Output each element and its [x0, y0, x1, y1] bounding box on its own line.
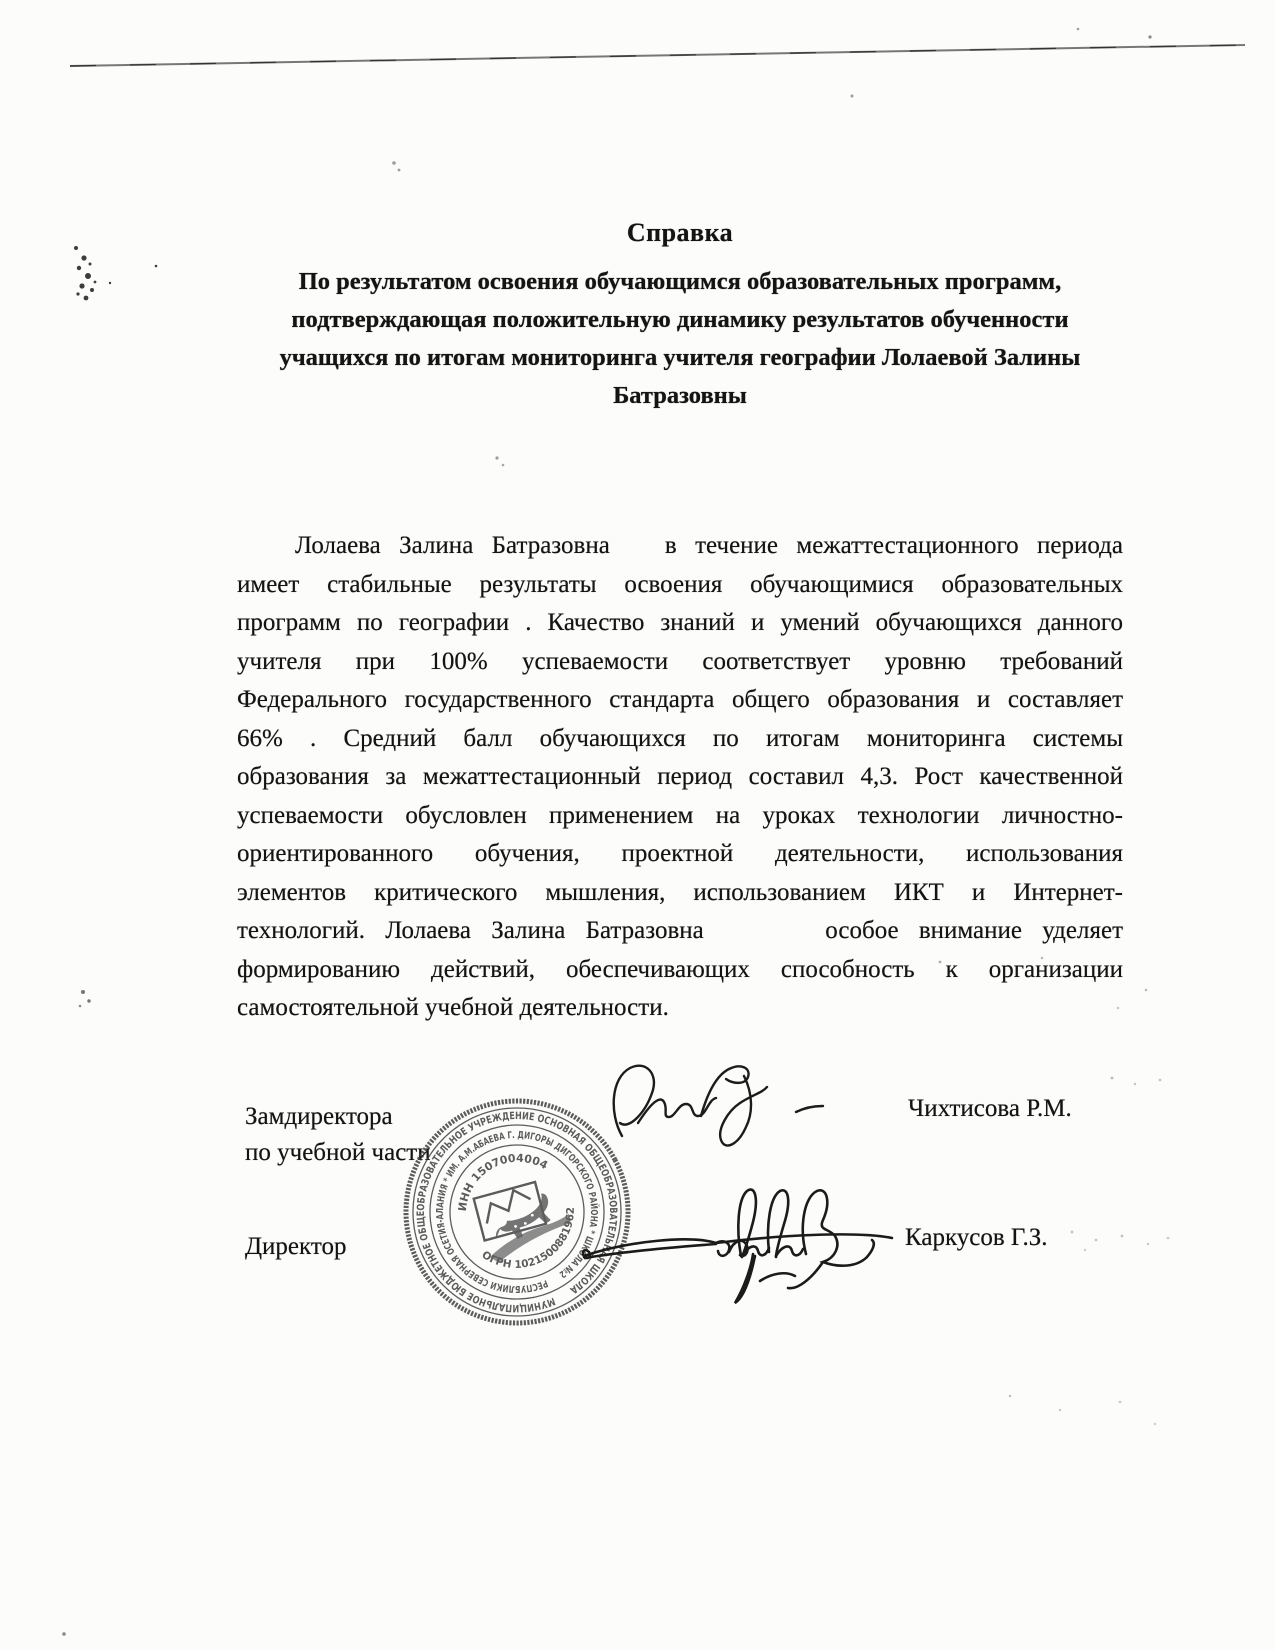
body-line: 66% . Средний балл обучающихся по итогам… [237, 720, 1123, 759]
body-line: учителя при 100% успеваемости соответств… [237, 643, 1123, 682]
body-line: Федерального государственного стандарта … [237, 681, 1123, 720]
heading-line: Батразовны [237, 377, 1123, 415]
signature-chikhtisova [614, 1066, 823, 1146]
role-deputy-director-label: Замдиректора по учебной части [245, 1099, 505, 1171]
heading-line: подтверждающая положительную динамику ре… [237, 301, 1123, 339]
body-line: имеет стабильные результаты освоения обу… [237, 566, 1123, 605]
svg-text:ОГРН 1021500881962: ОГРН 1021500881962 [477, 1202, 594, 1290]
document-body-paragraph: Лолаева Залина Батразовна в течение межа… [237, 527, 1123, 1028]
body-line: Лолаева Залина Батразовна в течение межа… [237, 527, 1123, 566]
document-heading: По результатом освоения обучающимся обра… [237, 263, 1123, 415]
role-line: Замдиректора [245, 1099, 505, 1135]
director-name: Каркусов Г.З. [905, 1220, 1048, 1256]
body-line: элементов критического мышления, использ… [237, 874, 1123, 913]
deputy-director-name: Чихтисова Р.М. [908, 1091, 1072, 1127]
body-line: образования за межаттестационный период … [237, 758, 1123, 797]
scan-edge-line [70, 45, 1245, 66]
role-line: по учебной части [245, 1135, 505, 1171]
signature-karkusov [583, 1190, 892, 1303]
body-line: ориентированного обучения, проектной дея… [237, 835, 1123, 874]
body-line: формированию действий, обеспечивающих сп… [237, 951, 1123, 990]
scan-edge-line-dark [70, 45, 1245, 66]
body-line: технологий. Лолаева Залина Батразовна ос… [237, 912, 1123, 951]
scanned-document-page: Справка По результатом освоения обучающи… [0, 0, 1275, 1650]
document-title: Справка [237, 218, 1123, 248]
stamp-emblem-mountains-leopard [462, 1163, 573, 1265]
heading-line: учащихся по итогам мониторинга учителя г… [237, 339, 1123, 377]
stamp-ogrn-text: ОГРН 1021500881962 [477, 1202, 594, 1290]
body-line: успеваемости обусловлен применением на у… [237, 797, 1123, 836]
heading-line: По результатом освоения обучающимся обра… [237, 263, 1123, 301]
body-line: самостоятельной учебной деятельности. [237, 989, 1123, 1028]
body-line: программ по географии . Качество знаний … [237, 604, 1123, 643]
role-director-label: Директор [245, 1229, 346, 1265]
